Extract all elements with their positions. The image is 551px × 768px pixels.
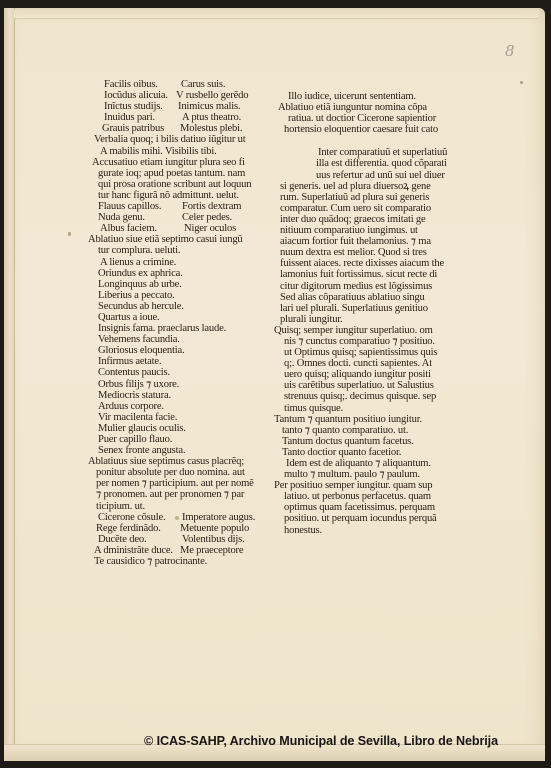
- line-text: Te causidico ⁊ patrocinante.: [94, 556, 207, 567]
- line-text: Inter comparatiuũ et superlatiuũ: [318, 147, 447, 158]
- left-text-column: Facilis oibus.Carus suis.Iocũdus alicuia…: [86, 79, 256, 567]
- text-line: nitiuum comparatiuo iungimus. ut: [274, 225, 446, 236]
- line-text-second-entry: Imperatore augus.: [182, 512, 255, 523]
- text-line: q;. Omnes docti. cuncti sapientes. At: [274, 358, 446, 369]
- text-line: Contentus paucis.: [86, 367, 256, 378]
- text-line: Cicerone cõsule.Imperatore augus.: [86, 512, 256, 523]
- line-text-second-entry: Molestus plebi.: [180, 123, 242, 134]
- line-text: q;. Omnes docti. cuncti sapientes. At: [284, 358, 432, 369]
- text-line: Mediocris statura.: [86, 390, 256, 401]
- line-text: Tanto doctior quanto facetior.: [282, 447, 401, 458]
- line-text: Mediocris statura.: [98, 390, 171, 401]
- line-text: fuissent aiaces. recte dixisses aiacum t…: [280, 258, 444, 269]
- text-line: Flauus capillos.Fortis dextram: [86, 201, 256, 212]
- line-text: honestus.: [284, 525, 322, 536]
- line-text: Idem est de aliquanto ⁊ aliquantum.: [286, 458, 431, 469]
- line-text: plurali iungitur.: [280, 314, 343, 325]
- line-text: rum. Superlatiuũ ad plura sui generis: [280, 192, 429, 203]
- line-text: hortensio eloquentior caesare fuit cato: [284, 124, 438, 135]
- text-line: citur digitorum medius est lõgissimus: [274, 281, 446, 292]
- line-text: Cicerone cõsule.: [98, 512, 165, 523]
- text-line: Insignis fama. praeclarus laude.: [86, 323, 256, 334]
- text-line: ratiua. ut doctior Cicerone sapientior: [274, 113, 446, 124]
- line-text: nitiuum comparatiuo iungimus. ut: [280, 225, 418, 236]
- text-line: qui prosa oratione scribunt aut loquun: [86, 179, 256, 190]
- line-text: uero quisq; aliquando iungitur positi: [284, 369, 431, 380]
- paragraph-gap: [274, 135, 446, 147]
- text-line: Secundus ab hercule.: [86, 301, 256, 312]
- text-line: nuum dextra est melior. Quod si tres: [274, 247, 446, 258]
- text-line: si generis. uel ad plura diuersoꝝ gene: [274, 181, 446, 192]
- line-text: Illo iudice, uicerunt sententiam.: [288, 91, 416, 102]
- line-text: Ducẽte deo.: [98, 534, 146, 545]
- text-line: Tanto doctior quanto facetior.: [274, 447, 446, 458]
- line-text: qui prosa oratione scribunt aut loquun: [98, 179, 251, 190]
- text-line: tur hanc figurã nõ admittunt. uelut.: [86, 190, 256, 201]
- copyright-caption: © ICAS-SAHP, Archivo Municipal de Sevill…: [144, 734, 498, 748]
- line-text: Secundus ab hercule.: [98, 301, 184, 312]
- text-line: A lienus a crimine.: [86, 257, 256, 268]
- line-text: Oriundus ex aphrica.: [98, 268, 183, 279]
- line-text: Ablatiuus siue septimus casus placrẽq;: [88, 456, 244, 467]
- line-text: Senex fronte angusta.: [98, 445, 185, 456]
- line-text-second-entry: A ptus theatro.: [182, 112, 241, 123]
- text-line: illa est differentia. quod cõparati: [274, 158, 446, 169]
- line-text: Insignis fama. praeclarus laude.: [98, 323, 226, 334]
- text-line: Mulier glaucis oculis.: [86, 423, 256, 434]
- line-text: Infirmus aetate.: [98, 356, 161, 367]
- text-line: tanto ⁊ quanto comparatiuo. ut.: [274, 425, 446, 436]
- text-line: Illo iudice, uicerunt sententiam.: [274, 91, 446, 102]
- text-line: Inĩctus studijs.Inimicus malis.: [86, 101, 256, 112]
- text-line: honestus.: [274, 525, 446, 536]
- text-line: A mabilis mihi. Visibilis tibi.: [86, 146, 256, 157]
- text-line: strenuus quisq;. decimus quisque. sep: [274, 391, 446, 402]
- text-line: Facilis oibus.Carus suis.: [86, 79, 256, 90]
- line-text: timus quisque.: [284, 403, 343, 414]
- text-line: inter duo quãdoq; graecos imitati ge: [274, 214, 446, 225]
- line-text: Facilis oibus.: [104, 79, 158, 90]
- line-text: comparatur. Cum uero sit comparatio: [280, 203, 431, 214]
- line-text: Quisq; semper iungitur superlatiuo. om: [274, 325, 433, 336]
- text-line: Vir macilenta facie.: [86, 412, 256, 423]
- line-text: Puer capillo flauo.: [98, 434, 172, 445]
- line-text: multo ⁊ multum. paulo ⁊ paulum.: [284, 469, 420, 480]
- line-text: Contentus paucis.: [98, 367, 170, 378]
- line-text-second-entry: Metuente populo: [180, 523, 249, 534]
- line-text: Gloriosus eloquentia.: [98, 345, 184, 356]
- text-line: Te causidico ⁊ patrocinante.: [86, 556, 256, 567]
- text-line: Tantum doctus quantum facetus.: [274, 436, 446, 447]
- text-line: Gloriosus eloquentia.: [86, 345, 256, 356]
- line-text: Ablatiuo etiã iunguntur nomina cõpa: [278, 102, 427, 113]
- line-text: Liberius a peccato.: [98, 290, 175, 301]
- text-line: timus quisque.: [274, 403, 446, 414]
- line-text: Iocũdus alicuia.: [104, 90, 168, 101]
- text-line: ut Optimus quisq; sapientissimus quis: [274, 347, 446, 358]
- line-text: tanto ⁊ quanto comparatiuo. ut.: [282, 425, 408, 436]
- line-text: Inĩctus studijs.: [104, 101, 163, 112]
- text-line: Iocũdus alicuia.V rusbello gerẽdo: [86, 90, 256, 101]
- text-line: Quartus a ioue.: [86, 312, 256, 323]
- line-text: ut Optimus quisq; sapientissimus quis: [284, 347, 437, 358]
- text-line: Liberius a peccato.: [86, 290, 256, 301]
- line-text: inter duo quãdoq; graecos imitati ge: [280, 214, 425, 225]
- text-line: Verbalia quoq; i bilis datiuo iũgitur ut: [86, 134, 256, 145]
- text-line: multo ⁊ multum. paulo ⁊ paulum.: [274, 469, 446, 480]
- line-text: ratiua. ut doctior Cicerone sapientior: [288, 113, 436, 124]
- line-text: per nomen ⁊ participium. aut per nomẽ: [96, 478, 254, 489]
- text-line: ⁊ pronomen. aut per pronomen ⁊ par: [86, 489, 256, 500]
- right-text-column: Illo iudice, uicerunt sententiam.Ablatiu…: [274, 91, 446, 536]
- line-text: Tantum ⁊ quantum positiuo iungitur.: [274, 414, 422, 425]
- text-line: ticipium. ut.: [86, 501, 256, 512]
- line-text: Sed alias cõparatiuus ablatiuo singu: [280, 292, 425, 303]
- line-text: lamonius fuit fortissimus. sicut recte d…: [280, 269, 437, 280]
- text-line: Grauis patribusMolestus plebi.: [86, 123, 256, 134]
- text-line: Oriundus ex aphrica.: [86, 268, 256, 279]
- line-text: Rege ferdinãdo.: [96, 523, 161, 534]
- text-line: uero quisq; aliquando iungitur positi: [274, 369, 446, 380]
- line-text-second-entry: Volentibus dijs.: [182, 534, 245, 545]
- text-line: A dministrãte duce.Me praeceptore: [86, 545, 256, 556]
- text-line: optimus quam facetissimus. perquam: [274, 502, 446, 513]
- text-line: Vehemens facundia.: [86, 334, 256, 345]
- line-text: positiuo. ut perquam iocundus perquã: [284, 513, 437, 524]
- line-text: uis carẽtibus superlatiuo. ut Salustius: [284, 380, 434, 391]
- line-text: Mulier glaucis oculis.: [98, 423, 186, 434]
- line-text: Longinquus ab urbe.: [98, 279, 182, 290]
- line-text: Quartus a ioue.: [98, 312, 159, 323]
- line-text: latiuo. ut perbonus perfacetus. quam: [284, 491, 431, 502]
- ink-spot: [520, 81, 523, 84]
- text-line: Per positiuo semper iungitur. quam sup: [274, 480, 446, 491]
- line-text-second-entry: Fortis dextram: [182, 201, 241, 212]
- line-text: Per positiuo semper iungitur. quam sup: [274, 480, 432, 491]
- line-text: Vir macilenta facie.: [98, 412, 177, 423]
- text-line: nis ⁊ cunctus comparatiuo ⁊ positiuo.: [274, 336, 446, 347]
- text-line: Quisq; semper iungitur superlatiuo. om: [274, 325, 446, 336]
- line-text: Albus faciem.: [100, 223, 157, 234]
- text-line: Rege ferdinãdo.Metuente populo: [86, 523, 256, 534]
- line-text: tur complura. ueluti.: [98, 245, 180, 256]
- text-line: per nomen ⁊ participium. aut per nomẽ: [86, 478, 256, 489]
- text-line: Albus faciem.Niger oculos: [86, 223, 256, 234]
- line-text: illa est differentia. quod cõparati: [316, 158, 447, 169]
- line-text: Inuidus pari.: [104, 112, 155, 123]
- line-text: Ablatiuo siue etiã septimo casui iungũ: [88, 234, 243, 245]
- text-line: lari uel plurali. Superlatiuus genitiuo: [274, 303, 446, 314]
- text-line: aiacum fortior fuit thelamonius. ⁊ ma: [274, 236, 446, 247]
- line-text: Arduus corpore.: [98, 401, 164, 412]
- text-line: Nuda genu.Celer pedes.: [86, 212, 256, 223]
- line-text: si generis. uel ad plura diuersoꝝ gene: [280, 181, 431, 192]
- line-text: strenuus quisq;. decimus quisque. sep: [284, 391, 436, 402]
- line-text: A lienus a crimine.: [100, 257, 176, 268]
- text-line: hortensio eloquentior caesare fuit cato: [274, 124, 446, 135]
- text-line: Ablatiuus siue septimus casus placrẽq;: [86, 456, 256, 467]
- text-line: Arduus corpore.: [86, 401, 256, 412]
- text-line: tur complura. ueluti.: [86, 245, 256, 256]
- line-text: Grauis patribus: [102, 123, 164, 134]
- text-line: uus refertur ad unũ sui uel diuer: [274, 170, 446, 181]
- line-text: Flauus capillos.: [98, 201, 161, 212]
- folio-number: 8: [505, 42, 515, 60]
- text-line: Senex fronte angusta.: [86, 445, 256, 456]
- line-text: Orbus filijs ⁊ uxore.: [98, 379, 179, 390]
- ink-spot: [68, 232, 71, 236]
- text-line: lamonius fuit fortissimus. sicut recte d…: [274, 269, 446, 280]
- line-text: gurate ioq; apud poetas tantum. nam: [98, 168, 245, 179]
- line-text: aiacum fortior fuit thelamonius. ⁊ ma: [280, 236, 431, 247]
- line-text: ⁊ pronomen. aut per pronomen ⁊ par: [96, 489, 244, 500]
- text-line: positiuo. ut perquam iocundus perquã: [274, 513, 446, 524]
- line-text: nuum dextra est melior. Quod si tres: [280, 247, 427, 258]
- line-text: lari uel plurali. Superlatiuus genitiuo: [280, 303, 428, 314]
- line-text: nis ⁊ cunctus comparatiuo ⁊ positiuo.: [284, 336, 435, 347]
- line-text: Tantum doctus quantum facetus.: [282, 436, 414, 447]
- line-text-second-entry: Inimicus malis.: [178, 101, 240, 112]
- line-text: Accusatiuo etiam iungitur plura seo fi: [92, 157, 245, 168]
- line-text: uus refertur ad unũ sui uel diuer: [316, 170, 445, 181]
- line-text: A dministrãte duce.: [94, 545, 173, 556]
- text-line: gurate ioq; apud poetas tantum. nam: [86, 168, 256, 179]
- book-gutter: [4, 8, 15, 760]
- text-line: Orbus filijs ⁊ uxore.: [86, 379, 256, 390]
- text-line: Ducẽte deo.Volentibus dijs.: [86, 534, 256, 545]
- line-text: citur digitorum medius est lõgissimus: [280, 281, 432, 292]
- text-line: plurali iungitur.: [274, 314, 446, 325]
- text-line: comparatur. Cum uero sit comparatio: [274, 203, 446, 214]
- text-line: Ablatiuo siue etiã septimo casui iungũ: [86, 234, 256, 245]
- text-line: Tantum ⁊ quantum positiuo iungitur.: [274, 414, 446, 425]
- text-line: latiuo. ut perbonus perfacetus. quam: [274, 491, 446, 502]
- line-text-second-entry: Niger oculos: [184, 223, 236, 234]
- line-text: Nuda genu.: [98, 212, 145, 223]
- line-text: ticipium. ut.: [96, 501, 145, 512]
- line-text-second-entry: Me praeceptore: [180, 545, 243, 556]
- line-text: A mabilis mihi. Visibilis tibi.: [100, 146, 217, 157]
- text-line: Inter comparatiuũ et superlatiuũ: [274, 147, 446, 158]
- text-line: ponitur absolute per duo nomina. aut: [86, 467, 256, 478]
- text-line: Infirmus aetate.: [86, 356, 256, 367]
- line-text: Vehemens facundia.: [98, 334, 180, 345]
- line-text-second-entry: Celer pedes.: [182, 212, 232, 223]
- text-line: uis carẽtibus superlatiuo. ut Salustius: [274, 380, 446, 391]
- text-line: Puer capillo flauo.: [86, 434, 256, 445]
- line-text: ponitur absolute per duo nomina. aut: [96, 467, 245, 478]
- text-line: Idem est de aliquanto ⁊ aliquantum.: [274, 458, 446, 469]
- line-text: optimus quam facetissimus. perquam: [284, 502, 435, 513]
- text-line: Longinquus ab urbe.: [86, 279, 256, 290]
- line-text: tur hanc figurã nõ admittunt. uelut.: [98, 190, 239, 201]
- page-top-edge: [14, 10, 539, 19]
- text-line: Accusatiuo etiam iungitur plura seo fi: [86, 157, 256, 168]
- text-line: Sed alias cõparatiuus ablatiuo singu: [274, 292, 446, 303]
- text-line: Ablatiuo etiã iunguntur nomina cõpa: [274, 102, 446, 113]
- line-text: Verbalia quoq; i bilis datiuo iũgitur ut: [94, 134, 245, 145]
- text-line: fuissent aiaces. recte dixisses aiacum t…: [274, 258, 446, 269]
- text-line: rum. Superlatiuũ ad plura sui generis: [274, 192, 446, 203]
- text-line: Inuidus pari.A ptus theatro.: [86, 112, 256, 123]
- line-text-second-entry: Carus suis.: [181, 79, 225, 90]
- line-text-second-entry: V rusbello gerẽdo: [176, 90, 248, 101]
